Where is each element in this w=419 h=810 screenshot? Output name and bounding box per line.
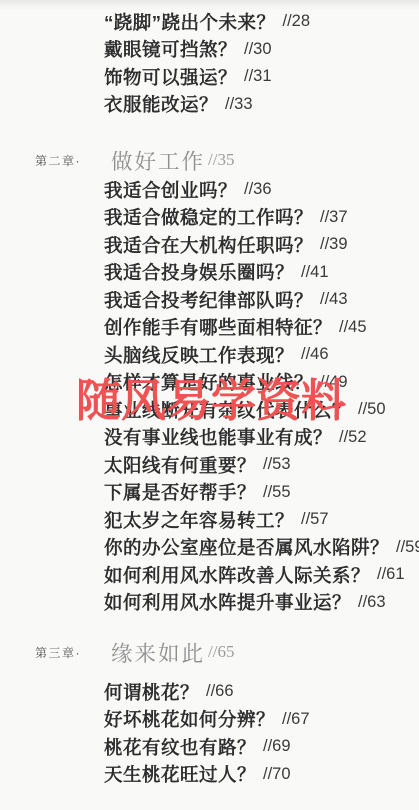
toc-item: 衣服能改运？//33 <box>104 91 419 119</box>
toc-item-title: 太阳线有何重要？ <box>104 452 256 478</box>
toc-item-page-number: //53 <box>263 455 291 474</box>
toc-item-title: 戴眼镜可挡煞？ <box>104 36 237 62</box>
toc-item-title: “跷脚”跷出个未来？ <box>104 9 276 35</box>
toc-item-page-number: //61 <box>377 565 405 584</box>
toc-item: 怎样才算是好的事业线？//49 <box>104 369 419 397</box>
toc-item-title: 我适合投考纪律部队吗？ <box>104 287 313 313</box>
toc-item-page-number: //63 <box>358 593 386 612</box>
toc-item: 我适合创业吗？//36 <box>104 176 419 204</box>
toc-item-page-number: //55 <box>263 483 291 502</box>
toc-item: 天生桃花旺过人？//70 <box>104 761 419 789</box>
toc-item-page-number: //33 <box>225 95 253 114</box>
toc-item: 我适合投身娱乐圈吗？//41 <box>104 259 419 287</box>
toc-item-list: 何谓桃花？//66好坏桃花如何分辨？//67桃花有纹也有路？//69天生桃花旺过… <box>0 668 419 788</box>
toc-item-title: 我适合在大机构任职吗？ <box>104 232 313 258</box>
toc-section: “跷脚”跷出个未来？//28戴眼镜可挡煞？//30饰物可以强运？//31衣服能改… <box>0 0 419 118</box>
toc-page: “跷脚”跷出个未来？//28戴眼镜可挡煞？//30饰物可以强运？//31衣服能改… <box>0 0 419 810</box>
toc-item: 如何利用风水阵改善人际关系？//61 <box>104 561 419 589</box>
chapter-label: 第二章· <box>35 152 81 169</box>
toc-item-title: 怎样才算是好的事业线？ <box>104 369 313 395</box>
toc-item: 你的办公室座位是否属风水陷阱？//59 <box>104 534 419 562</box>
toc-item-page-number: //50 <box>358 400 386 419</box>
toc-item: 我适合做稳定的工作吗？//37 <box>104 204 419 232</box>
toc-item: 创作能手有哪些面相特征？//45 <box>104 314 419 342</box>
toc-item-page-number: //59 <box>396 538 419 557</box>
toc-item-page-number: //31 <box>244 67 272 86</box>
chapter-title: 做好工作 <box>111 145 205 176</box>
toc-item-page-number: //45 <box>339 318 367 337</box>
toc-item: 如何利用风水阵提升事业运？//63 <box>104 589 419 617</box>
toc-item-page-number: //57 <box>301 510 329 529</box>
toc-item-title: 何谓桃花？ <box>104 679 199 705</box>
toc-item: “跷脚”跷出个未来？//28 <box>104 8 419 36</box>
toc-section: 第三章·缘来如此//65何谓桃花？//66好坏桃花如何分辨？//67桃花有纹也有… <box>0 636 419 788</box>
toc-item-title: 没有事业线也能事业有成？ <box>104 424 332 450</box>
chapter-page-number: //35 <box>208 150 234 170</box>
toc-item-title: 我适合创业吗？ <box>104 177 237 203</box>
toc-item-title: 我适合投身娱乐圈吗？ <box>104 259 294 285</box>
toc-item-title: 下属是否好帮手？ <box>104 479 256 505</box>
toc-item: 饰物可以强运？//31 <box>104 63 419 91</box>
toc-item-title: 你的办公室座位是否属风水陷阱？ <box>104 534 389 560</box>
toc-item-title: 头脑线反映工作表现？ <box>104 342 294 368</box>
toc-item: 没有事业线也能事业有成？//52 <box>104 424 419 452</box>
toc-item-title: 如何利用风水阵改善人际关系？ <box>104 562 370 588</box>
toc-item-title: 如何利用风水阵提升事业运？ <box>104 589 351 615</box>
toc-item: 下属是否好帮手？//55 <box>104 479 419 507</box>
chapter-page-number: //65 <box>208 642 234 662</box>
toc-item-page-number: //70 <box>263 765 291 784</box>
toc-item-title: 衣服能改运？ <box>104 91 218 117</box>
toc-item-title: 事业线断开有杂纹代表什么？ <box>104 397 351 423</box>
toc-item: 犯太岁之年容易转工？//57 <box>104 506 419 534</box>
toc-list: “跷脚”跷出个未来？//28戴眼镜可挡煞？//30饰物可以强运？//31衣服能改… <box>0 0 419 788</box>
toc-item-page-number: //69 <box>263 737 291 756</box>
toc-item-page-number: //52 <box>339 428 367 447</box>
toc-section: 第二章·做好工作//35我适合创业吗？//36我适合做稳定的工作吗？//37我适… <box>0 144 419 616</box>
toc-item-title: 好坏桃花如何分辨？ <box>104 706 275 732</box>
toc-item-title: 天生桃花旺过人？ <box>104 761 256 787</box>
toc-item-page-number: //28 <box>283 12 311 31</box>
toc-item: 戴眼镜可挡煞？//30 <box>104 36 419 64</box>
toc-item-list: 我适合创业吗？//36我适合做稳定的工作吗？//37我适合在大机构任职吗？//3… <box>0 176 419 616</box>
chapter-title: 缘来如此 <box>111 637 205 668</box>
toc-item: 头脑线反映工作表现？//46 <box>104 341 419 369</box>
toc-item: 事业线断开有杂纹代表什么？//50 <box>104 396 419 424</box>
toc-item: 太阳线有何重要？//53 <box>104 451 419 479</box>
toc-item-page-number: //39 <box>320 235 348 254</box>
toc-item-page-number: //46 <box>301 345 329 364</box>
toc-item-page-number: //36 <box>244 180 272 199</box>
toc-item: 我适合投考纪律部队吗？//43 <box>104 286 419 314</box>
toc-item: 我适合在大机构任职吗？//39 <box>104 231 419 259</box>
toc-item: 桃花有纹也有路？//69 <box>104 733 419 761</box>
toc-item-page-number: //43 <box>320 290 348 309</box>
toc-item-page-number: //30 <box>244 40 272 59</box>
toc-item-page-number: //41 <box>301 263 329 282</box>
toc-item-page-number: //37 <box>320 208 348 227</box>
toc-item-title: 犯太岁之年容易转工？ <box>104 507 294 533</box>
toc-item: 何谓桃花？//66 <box>104 678 419 706</box>
chapter-heading: 第二章·做好工作//35 <box>0 144 419 176</box>
toc-item-title: 创作能手有哪些面相特征？ <box>104 314 332 340</box>
toc-item-page-number: //67 <box>282 710 310 729</box>
toc-item-page-number: //49 <box>320 373 348 392</box>
toc-item-title: 桃花有纹也有路？ <box>104 734 256 760</box>
chapter-heading: 第三章·缘来如此//65 <box>0 636 419 668</box>
toc-item-page-number: //66 <box>206 682 234 701</box>
toc-item-title: 我适合做稳定的工作吗？ <box>104 204 313 230</box>
chapter-label: 第三章· <box>35 644 81 661</box>
toc-item: 好坏桃花如何分辨？//67 <box>104 706 419 734</box>
toc-item-list: “跷脚”跷出个未来？//28戴眼镜可挡煞？//30饰物可以强运？//31衣服能改… <box>0 0 419 118</box>
toc-item-title: 饰物可以强运？ <box>104 64 237 90</box>
